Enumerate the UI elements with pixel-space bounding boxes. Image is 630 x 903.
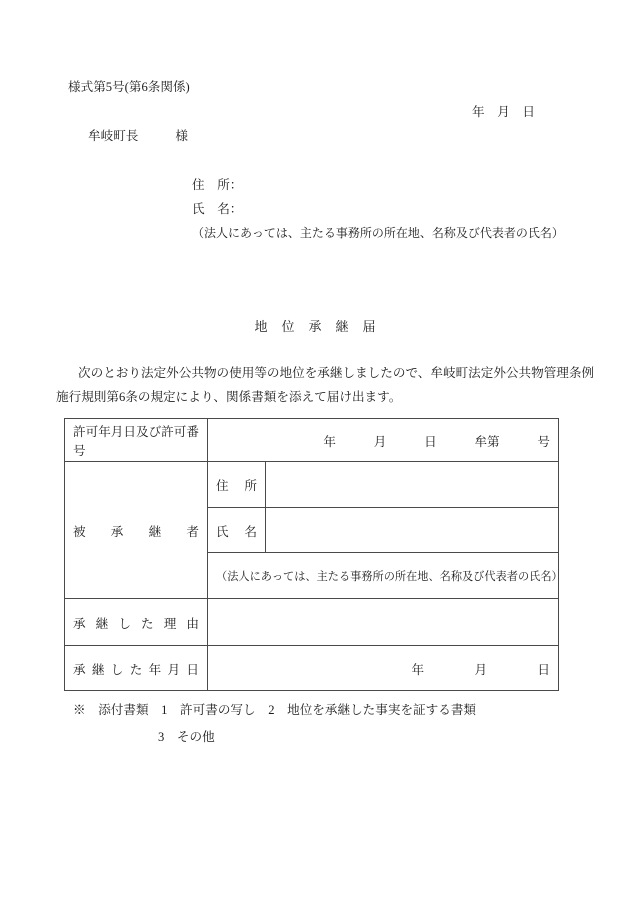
table-corporate-note: （法人にあっては、主たる事務所の所在地、名称及び代表者の氏名） <box>208 553 559 599</box>
succession-form-table: 許可年月日及び許可番号 年 月 日 牟第 号 被承継者 住所 氏名 （法人にあっ… <box>64 418 559 691</box>
attachment-note-line-1: ※ 添付書類 1 許可書の写し 2 地位を承継した事実を証する書類 <box>73 697 476 724</box>
permit-date-number-label: 許可年月日及び許可番号 <box>65 419 208 462</box>
document-title: 地位承継届 <box>0 316 630 335</box>
sender-address-label: 住 所： <box>192 173 564 197</box>
submission-date-line: 年 月 日 <box>472 101 535 120</box>
successor-address-label: 住所 <box>208 462 266 508</box>
document-page: 様式第5号(第6条関係) 年 月 日 牟岐町長様 住 所： 氏 名： （法人にあ… <box>0 0 630 903</box>
form-number-label: 様式第5号(第6条関係) <box>68 76 190 95</box>
successor-label: 被承継者 <box>65 462 208 599</box>
attachment-note-line-2: 3 その他 <box>73 724 476 751</box>
successor-address-field <box>266 462 559 508</box>
sender-name-label: 氏 名： <box>192 197 564 221</box>
addressee-honorific: 様 <box>175 129 188 143</box>
succession-date-label: 承継した年月日 <box>65 646 208 691</box>
sender-block: 住 所： 氏 名： （法人にあっては、主たる事務所の所在地、名称及び代表者の氏名… <box>192 173 564 245</box>
successor-name-field <box>266 508 559 553</box>
succession-reason-label: 承継した理由 <box>65 599 208 646</box>
body-paragraph: 次のとおり法定外公共物の使用等の地位を承継しましたので、牟岐町法定外公共物管理条… <box>56 361 580 409</box>
addressee-name: 牟岐町長 <box>88 129 138 143</box>
sender-corporate-note: （法人にあっては、主たる事務所の所在地、名称及び代表者の氏名） <box>192 221 564 245</box>
succession-reason-field <box>208 599 559 646</box>
body-line-1: 次のとおり法定外公共物の使用等の地位を承継しましたので、牟岐町法定外公共物管理条… <box>56 361 580 385</box>
body-line-2: 施行規則第6条の規定により、関係書類を添えて届け出ます。 <box>56 385 580 409</box>
permit-date-number-value: 年 月 日 牟第 号 <box>208 419 559 462</box>
succession-date-value: 年 月 日 <box>208 646 559 691</box>
addressee-line: 牟岐町長様 <box>88 125 188 144</box>
successor-name-label: 氏名 <box>208 508 266 553</box>
attachment-notes: ※ 添付書類 1 許可書の写し 2 地位を承継した事実を証する書類 3 その他 <box>73 697 476 751</box>
